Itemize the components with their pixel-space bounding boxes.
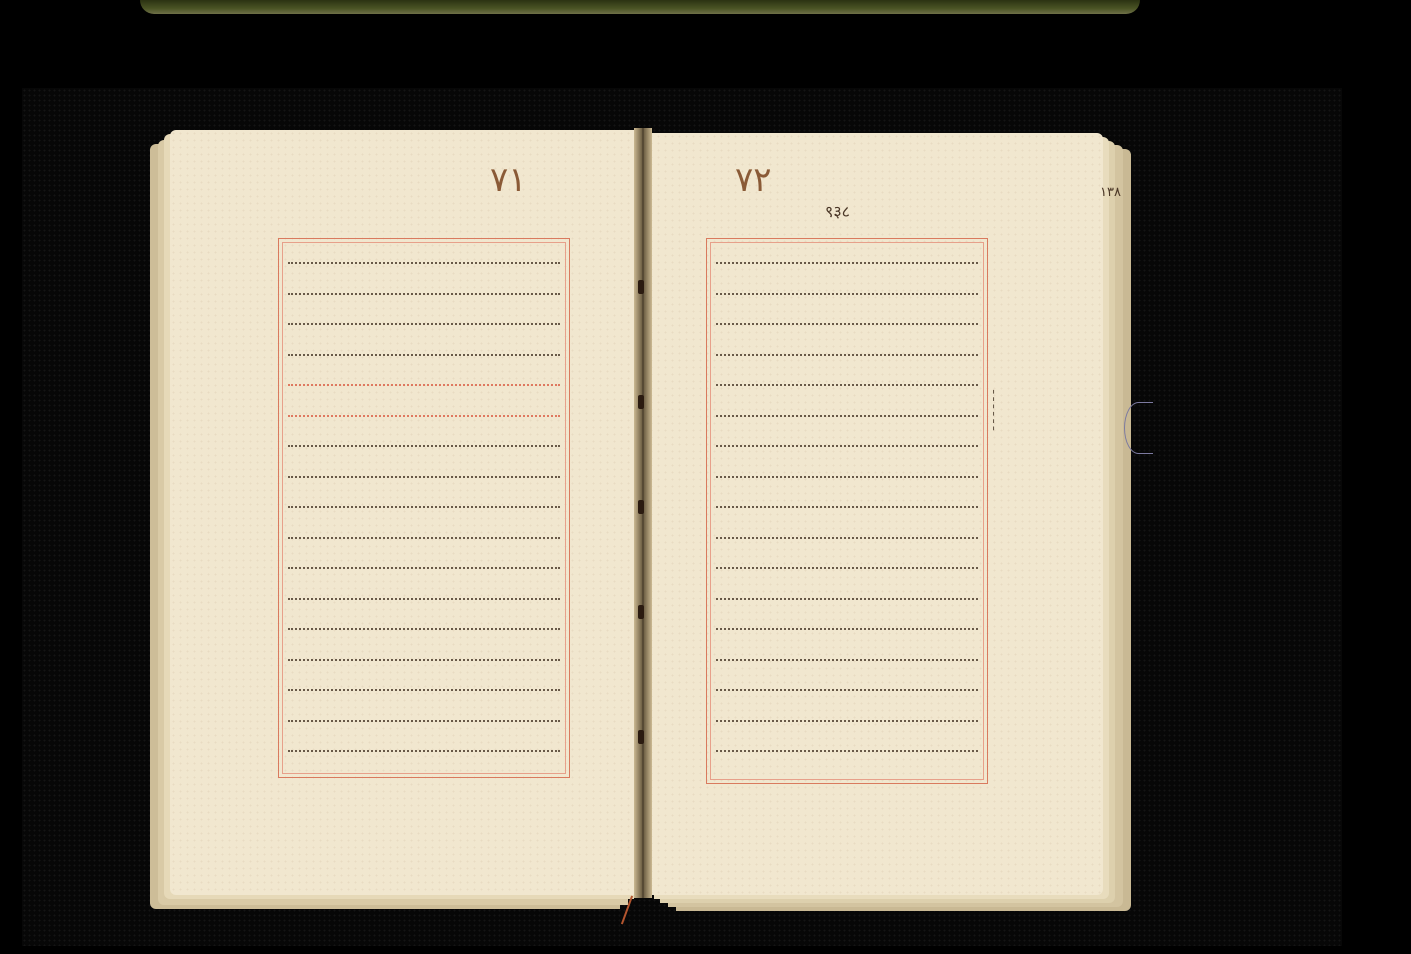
manuscript-text-line bbox=[288, 340, 560, 356]
manuscript-text-line bbox=[288, 462, 560, 478]
top-lighting-strip bbox=[140, 0, 1140, 14]
margin-note: ـ ـ ـ ـ ـ ـ bbox=[990, 390, 1004, 430]
manuscript-text-line bbox=[288, 431, 560, 447]
manuscript-text-line bbox=[716, 279, 978, 295]
manuscript-text-line bbox=[716, 248, 978, 264]
binding-stitch bbox=[638, 395, 644, 409]
manuscript-text-line bbox=[716, 462, 978, 478]
manuscript-text-line bbox=[288, 553, 560, 569]
binding-stitch bbox=[638, 280, 644, 294]
manuscript-text-line bbox=[288, 706, 560, 722]
binding-stitch bbox=[638, 500, 644, 514]
manuscript-text-line bbox=[716, 492, 978, 508]
manuscript-text-line bbox=[288, 401, 560, 417]
manuscript-text-line bbox=[288, 614, 560, 630]
folio-number: ९३८ bbox=[825, 200, 850, 222]
library-stamp bbox=[1124, 402, 1153, 454]
manuscript-text-line bbox=[716, 736, 978, 752]
manuscript-text-line bbox=[288, 584, 560, 600]
manuscript-text-line bbox=[288, 675, 560, 691]
manuscript-text-line bbox=[288, 370, 560, 386]
manuscript-text-line bbox=[716, 309, 978, 325]
right-folio-mark: ٧٢ bbox=[735, 160, 772, 200]
manuscript-text-line bbox=[716, 614, 978, 630]
manuscript-text-line bbox=[288, 645, 560, 661]
manuscript-text-line bbox=[716, 675, 978, 691]
manuscript-text-line bbox=[288, 523, 560, 539]
manuscript-text-line bbox=[716, 584, 978, 600]
binding-stitch bbox=[638, 730, 644, 744]
manuscript-text-line bbox=[716, 553, 978, 569]
manuscript-text-line bbox=[288, 736, 560, 752]
manuscript-text-line bbox=[288, 279, 560, 295]
manuscript-text-line bbox=[716, 431, 978, 447]
manuscript-text-line bbox=[716, 523, 978, 539]
manuscript-text-line bbox=[288, 492, 560, 508]
manuscript-text-line bbox=[288, 309, 560, 325]
manuscript-text-line bbox=[716, 401, 978, 417]
manuscript-text-line bbox=[716, 340, 978, 356]
binding-stitch bbox=[638, 605, 644, 619]
manuscript-text-line bbox=[288, 248, 560, 264]
manuscript-text-line bbox=[716, 370, 978, 386]
edge-folio-number: ١٣٨ bbox=[1100, 185, 1121, 200]
left-folio-mark: ٧١ bbox=[490, 160, 527, 200]
manuscript-text-line bbox=[716, 645, 978, 661]
manuscript-text-line bbox=[716, 706, 978, 722]
